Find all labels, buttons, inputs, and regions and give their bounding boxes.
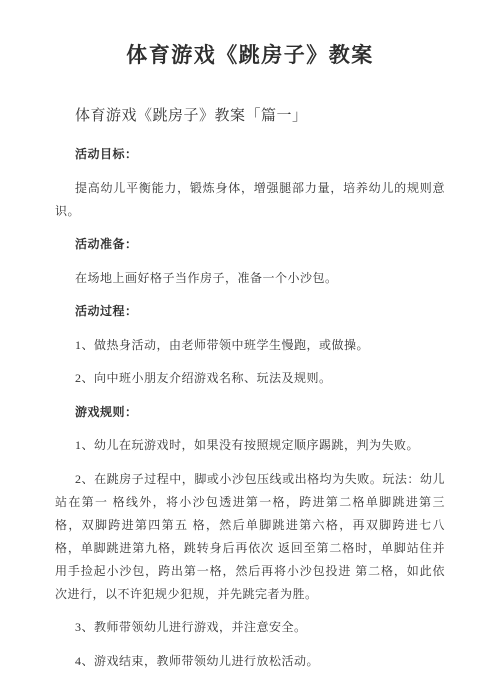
paragraph: 2、在跳房子过程中，脚或小沙包压线或出格均为失败。玩法：幼儿站在第一 格线外，将… [55, 468, 445, 606]
document-subtitle: 体育游戏《跳房子》教案「篇一」 [55, 105, 445, 127]
paragraph: 提高幼儿平衡能力，锻炼身体，增强腿部力量，培养幼儿的规则意识。 [55, 177, 445, 223]
section-heading: 活动过程： [55, 300, 445, 323]
section-heading: 游戏规则： [55, 401, 445, 424]
paragraph: 4、游戏结束，教师带领幼儿进行放松活动。 [55, 650, 445, 673]
paragraph: 3、教师带领幼儿进行游戏，并注意安全。 [55, 616, 445, 639]
paragraph: 1、幼儿在玩游戏时，如果没有按照规定顺序踢跳，判为失败。 [55, 434, 445, 457]
paragraph: 1、做热身活动，由老师带领中班学生慢跑，或做操。 [55, 334, 445, 357]
paragraph: 在场地上画好格子当作房子，准备一个小沙包。 [55, 267, 445, 290]
document-page: 体育游戏《跳房子》教案 体育游戏《跳房子》教案「篇一」 活动目标：提高幼儿平衡能… [0, 0, 500, 678]
document-title: 体育游戏《跳房子》教案 [0, 0, 500, 68]
document-body: 活动目标：提高幼儿平衡能力，锻炼身体，增强腿部力量，培养幼儿的规则意识。活动准备… [55, 143, 445, 673]
section-heading: 活动准备： [55, 233, 445, 256]
section-heading: 活动目标： [55, 143, 445, 166]
paragraph: 2、向中班小朋友介绍游戏名称、玩法及规则。 [55, 367, 445, 390]
